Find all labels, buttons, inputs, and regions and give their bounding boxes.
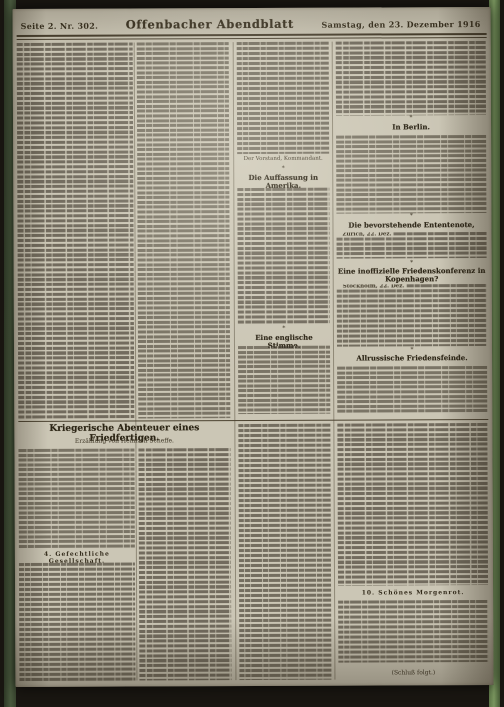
page-number-issue: Seite 2. Nr. 302. [21,21,99,31]
masthead: Seite 2. Nr. 302. Offenbacher Abendblatt… [21,16,481,32]
column-rule [233,42,237,680]
newspaper-page: Seite 2. Nr. 302. Offenbacher Abendblatt… [13,7,494,687]
headline-ententenote: Die bevorstehende Ententenote, [336,221,486,230]
body-text-block [17,43,135,420]
masthead-rule-thin [17,36,487,39]
headline-friedenskonferenz: Eine inoffizielle Friedenskonferenz in K… [337,267,487,284]
body-text-block [238,346,330,414]
news-paragraph: Zürich, 22. Dez. [337,232,487,259]
column-1: 4. Gefechtliche Gesellschaft. [17,43,136,682]
issue-date: Samstag, den 23. Dezember 1916 [322,19,481,30]
body-text-block [336,41,486,116]
article-signature: Der Vorstand, Kommandant. [237,156,329,162]
newspaper-title: Offenbacher Abendblatt [126,17,294,32]
body-text-block [338,600,488,663]
news-paragraph: Stockholm, 22. Dez. [337,284,487,347]
column-2 [137,42,232,680]
dateline-stockholm: Stockholm, 22. Dez. [337,284,407,289]
section-separator-star: * [337,347,487,353]
headline-friedensfeinde: Allrussische Friedensfeinde. [337,354,487,363]
continuation-note: (Schluß folgt.) [338,669,488,677]
body-text-block [337,423,488,586]
section-separator-star: * [238,326,330,331]
section-separator-star: * [237,166,329,171]
section-separator-star: * [337,260,487,266]
column-3: Der Vorstand, Kommandant. * Die Auffassu… [237,42,332,680]
chapter-heading-right: 10. Schönes Morgenrot. [338,589,488,597]
body-text-block [237,188,330,324]
column-rule [332,42,336,680]
body-text-block [19,563,136,682]
body-text-block [138,448,231,680]
body-text-block [238,424,331,680]
body-text-block [336,135,486,214]
body-text-block [237,42,329,154]
body-text-block [137,42,231,418]
body-text-block [18,449,134,550]
section-separator-star: * [336,213,486,219]
feuilleton-byline: Erzählung von Heinrich Scheffe. [18,437,230,445]
dateline-zurich: Zürich, 22. Dez. [337,232,394,237]
section-separator-star: * [336,115,486,121]
column-4: * In Berlin. * Die bevorstehende Entente… [336,41,489,680]
headline-berlin: In Berlin. [336,123,486,132]
body-text-block [337,366,487,414]
